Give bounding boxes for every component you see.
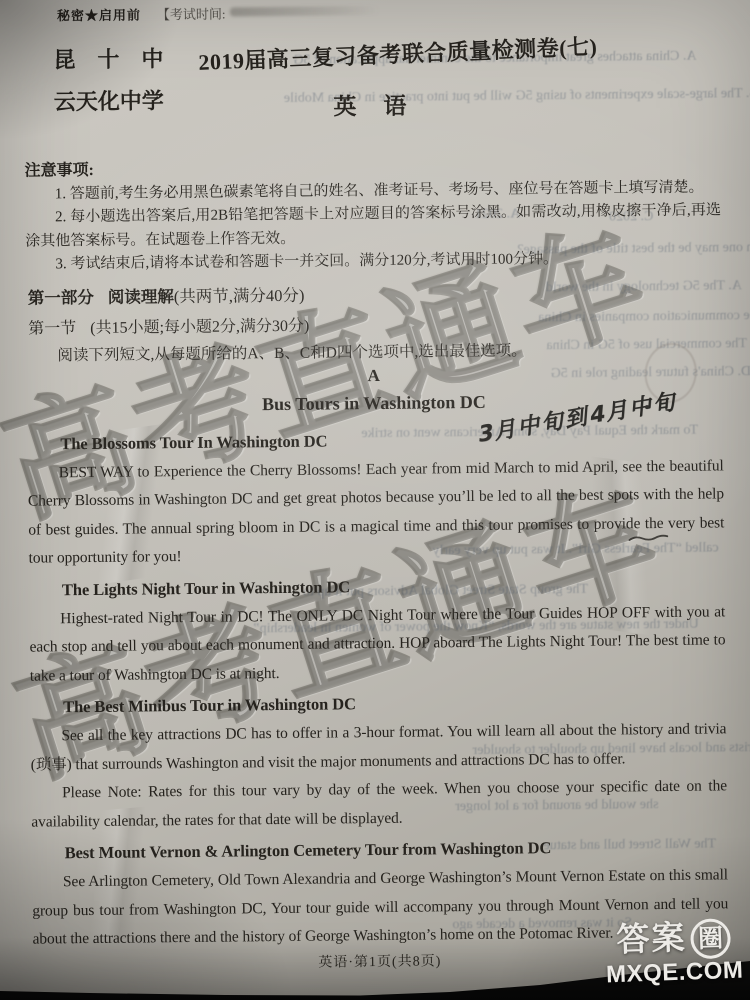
passage-body: The Blossoms Tour In Washington DC BEST …: [27, 420, 728, 954]
logo-site-url: MXQE.COM: [598, 957, 750, 988]
notice-section: 注意事项: 1. 答题前,考生务必用黑色碳素笔将自己的姓名、准考证号、考场号、座…: [24, 152, 721, 277]
tour-paragraph: Highest-rated Night Tour in DC! The ONLY…: [29, 598, 726, 691]
exam-title: 2019届高三复习备考联合质量检测卷(七): [198, 30, 598, 77]
part1-label: 第一部分: [28, 288, 94, 308]
logo-circled-char: 圈: [690, 918, 731, 959]
exam-paper-photo: 高考直通车 高考直通车 A. China attaches great impo…: [0, 0, 750, 1000]
subject-title: 英 语: [0, 84, 746, 125]
answer-site-logo: 答案圈 MXQE.COM: [597, 915, 750, 988]
bleed-through-text: B. Three communication companies in Chin…: [538, 308, 750, 327]
tour-paragraph: See all the key attractions DC has to of…: [30, 715, 727, 779]
school-name-line1: 昆 十 中: [53, 38, 163, 81]
tour-paragraph: Please Note: Rates for this tour vary by…: [31, 772, 728, 836]
handwritten-underline-mark: [628, 528, 669, 548]
logo-name: 答案圈: [597, 915, 750, 962]
notice-item: 2. 每小题选出答案后,用2B铅笔把答题卡上对应题目的答案标号涂黑。如需改动,用…: [25, 199, 721, 253]
exam-time-label: 【考试时间:: [157, 7, 226, 23]
section1-label: 第一节: [28, 320, 76, 338]
part1-note: (共两节,满分40分): [174, 286, 305, 306]
section1-heading: 第一节(共15小题;每小题2分,满分30分): [28, 313, 309, 339]
bleed-through-text: A. The 5G technology in the world: [546, 278, 742, 296]
illegible-smudge: [229, 6, 379, 17]
logo-name-text: 答案: [616, 919, 687, 958]
part1-title: 阅读理解: [108, 287, 174, 307]
security-label: 秘密★启用前: [57, 7, 141, 23]
security-classification-line: 秘密★启用前【考试时间:: [57, 2, 380, 24]
handwritten-dot: [645, 405, 649, 409]
part1-heading: 第一部分阅读理解(共两节,满分40分): [28, 282, 305, 309]
page-content: 高考直通车 高考直通车 A. China attaches great impo…: [0, 0, 750, 1000]
section1-note: (共15小题;每小题2分,满分30分): [90, 318, 309, 337]
tour-paragraph: BEST WAY to Experience the Cherry Blosso…: [28, 452, 725, 574]
